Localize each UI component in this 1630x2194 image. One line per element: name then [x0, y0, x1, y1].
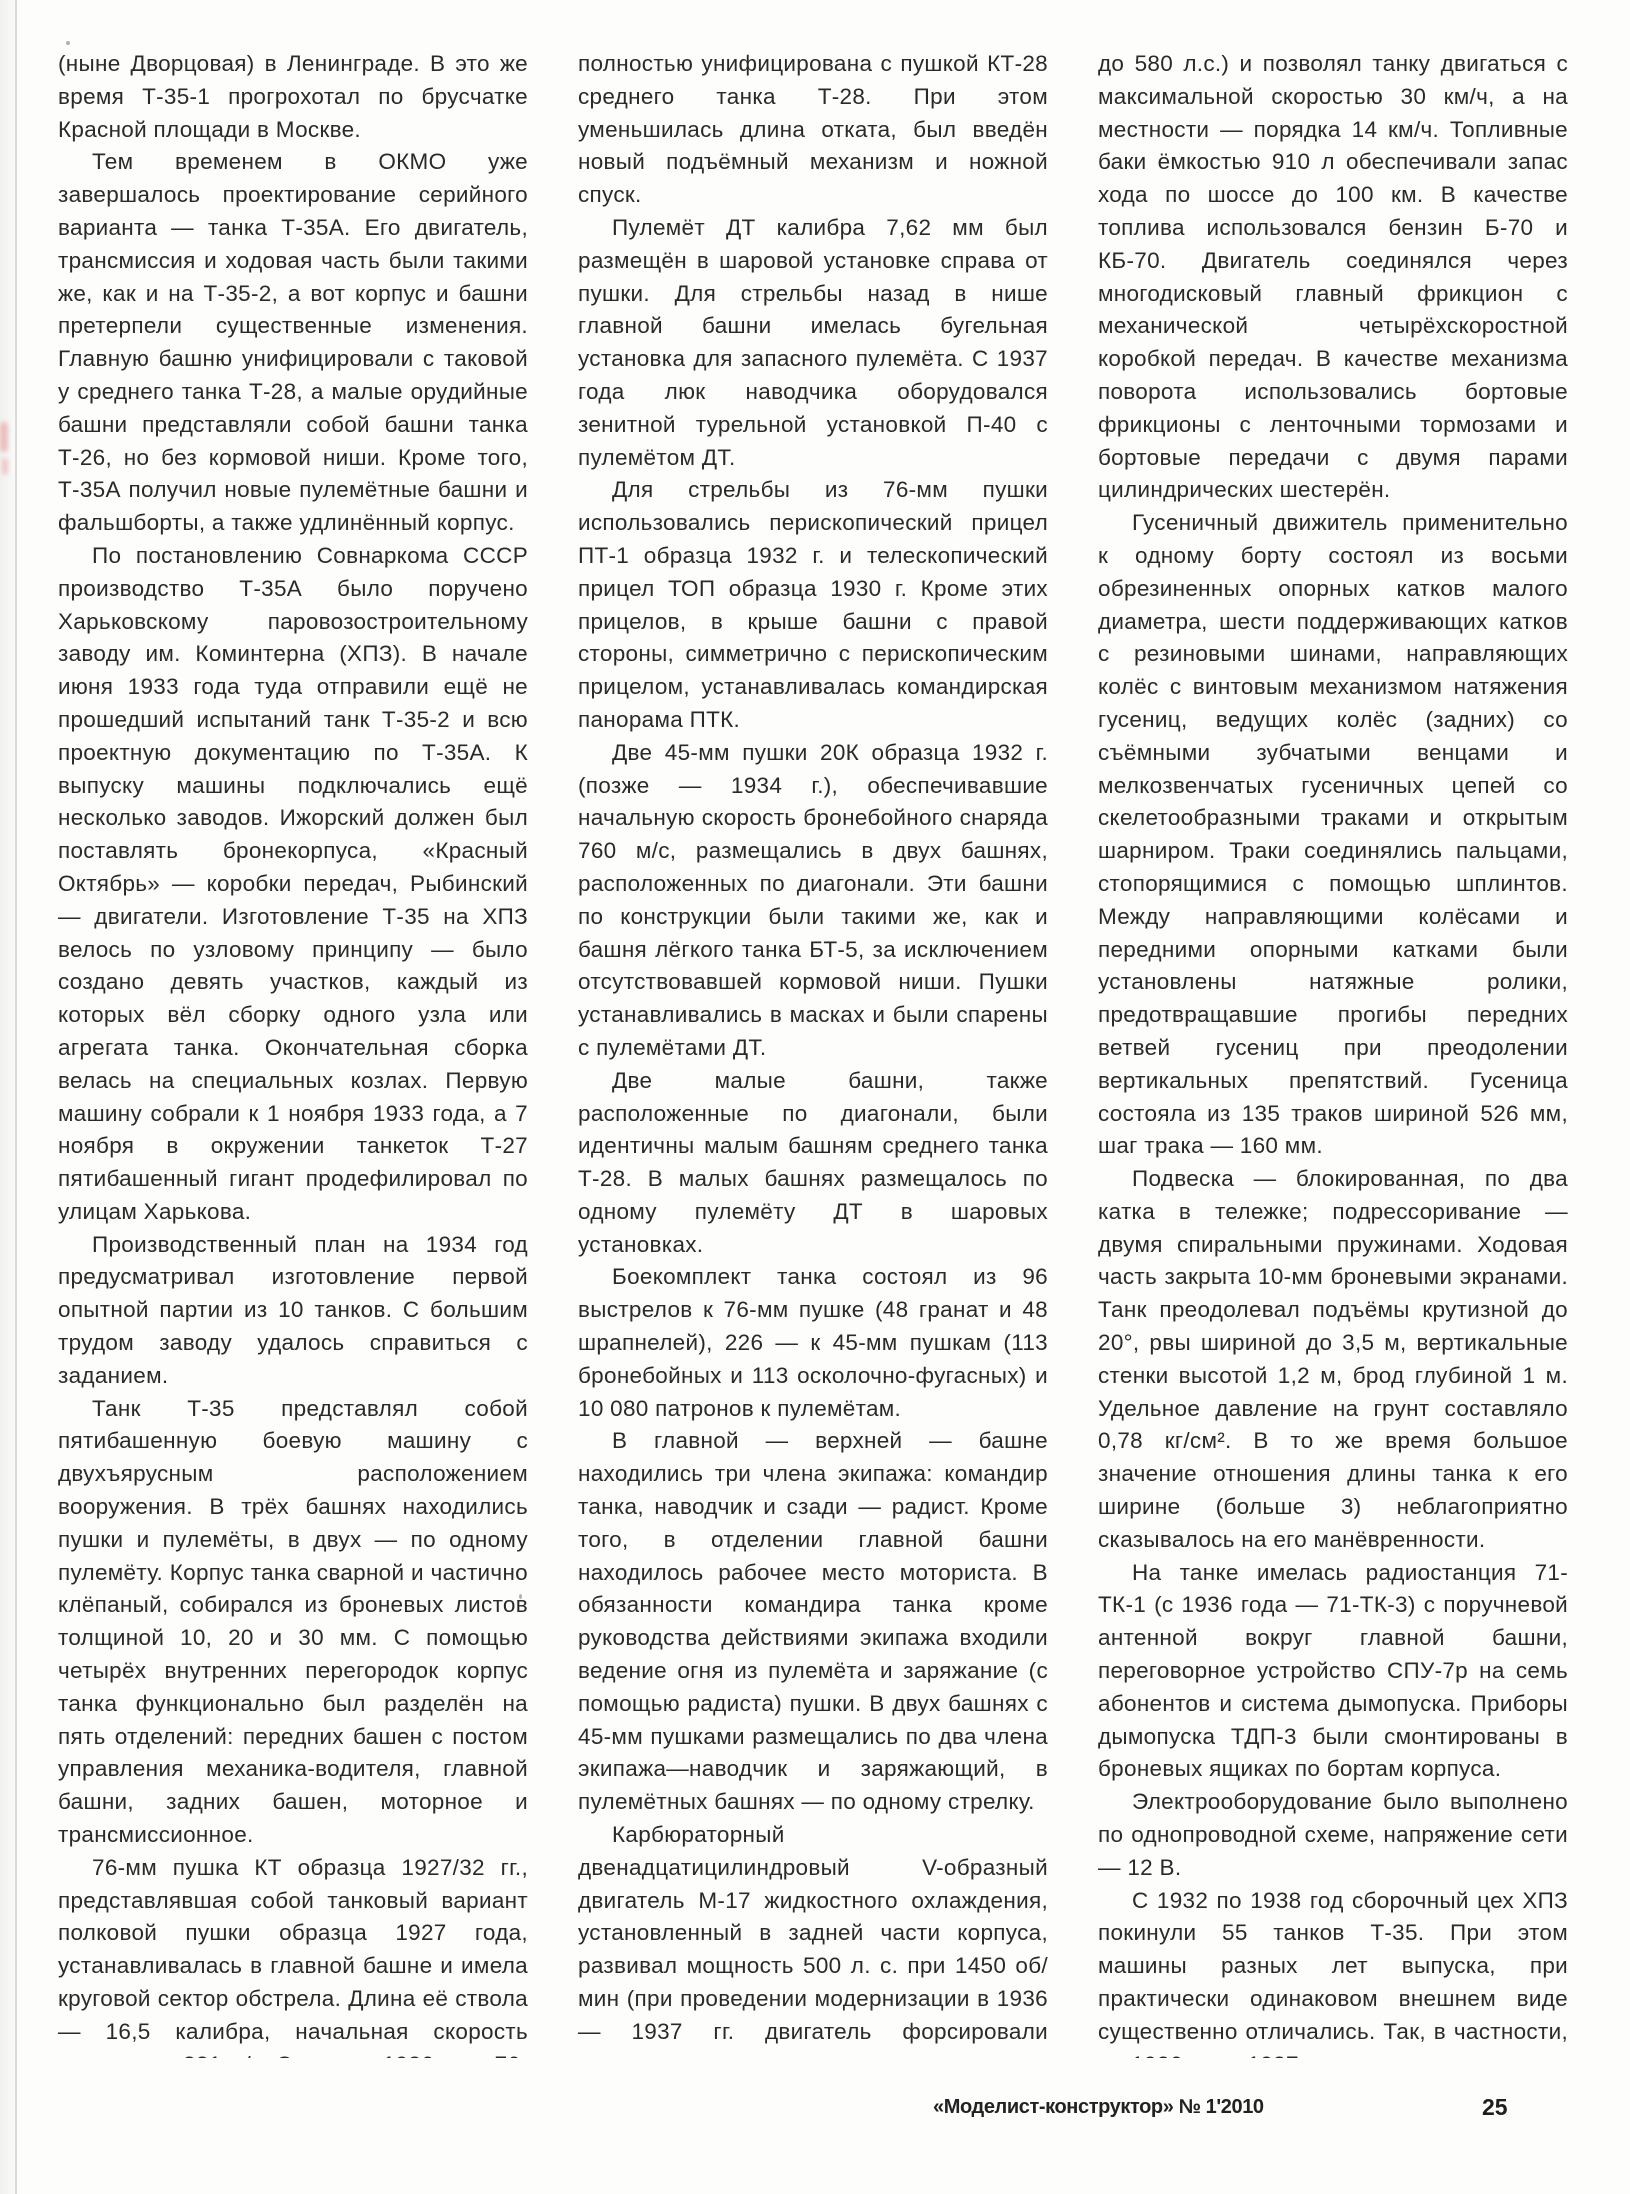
paragraph: Карбюраторный двенадцатицилиндровый V-об… — [578, 1819, 1048, 2049]
page-number: 25 — [1482, 2094, 1508, 2121]
text-column-3: до 580 л.с.) и позволял танку двигаться … — [1098, 48, 1568, 2058]
paragraph: Две малые башни, также расположенные по … — [578, 1065, 1048, 1262]
paper-speck — [66, 41, 70, 45]
paragraph: В главной — верхней — башне находились т… — [578, 1425, 1048, 1819]
paragraph: По постановлению Совнаркома СССР произво… — [58, 540, 528, 1229]
paragraph: Гусеничный движитель применительно к одн… — [1098, 507, 1568, 1163]
scan-edge-shadow — [0, 0, 15, 2194]
paragraph: С 1932 по 1938 год сборочный цех ХПЗ пок… — [1098, 1885, 1568, 2058]
paragraph: Для стрельбы из 76-мм пушки использовали… — [578, 474, 1048, 736]
paragraph: Танк Т-35 представлял собой пятибашенную… — [58, 1393, 528, 1852]
paragraph: (ныне Дворцовая) в Ленинграде. В это же … — [58, 48, 528, 146]
paragraph: до 580 л.с.) и позволял танку двигаться … — [1098, 48, 1568, 507]
paragraph: Подвеска — блокированная, по два катка в… — [1098, 1163, 1568, 1557]
paragraph: Производственный план на 1934 год предус… — [58, 1229, 528, 1393]
red-ink-smudge — [0, 422, 8, 452]
scanned-magazine-page: (ныне Дворцовая) в Ленинграде. В это же … — [0, 0, 1630, 2194]
paragraph: Две 45-мм пушки 20К образца 1932 г. (поз… — [578, 737, 1048, 1065]
paragraph: полностью унифицирована с пушкой КТ-28 с… — [578, 48, 1048, 212]
text-column-1: (ныне Дворцовая) в Ленинграде. В это же … — [58, 48, 528, 2058]
journal-title: «Моделист-конструктор» № 1'2010 — [933, 2096, 1264, 2119]
scan-edge-line — [15, 0, 17, 2194]
paragraph: Электрооборудование было выполнено по од… — [1098, 1786, 1568, 1884]
article-columns: (ныне Дворцовая) в Ленинграде. В это же … — [58, 48, 1570, 2058]
paragraph: Тем временем в ОКМО уже завершалось прое… — [58, 146, 528, 540]
paragraph: На танке имелась радиостанция 71-ТК-1 (с… — [1098, 1557, 1568, 1787]
paragraph: 76-мм пушка КТ образца 1927/32 гг., пред… — [58, 1852, 528, 2058]
text-column-2: полностью унифицирована с пушкой КТ-28 с… — [578, 48, 1048, 2058]
paragraph: Боекомплект танка состоял из 96 выстрело… — [578, 1261, 1048, 1425]
paragraph: Пулемёт ДТ калибра 7,62 мм был размещён … — [578, 212, 1048, 474]
red-ink-smudge — [2, 458, 8, 475]
